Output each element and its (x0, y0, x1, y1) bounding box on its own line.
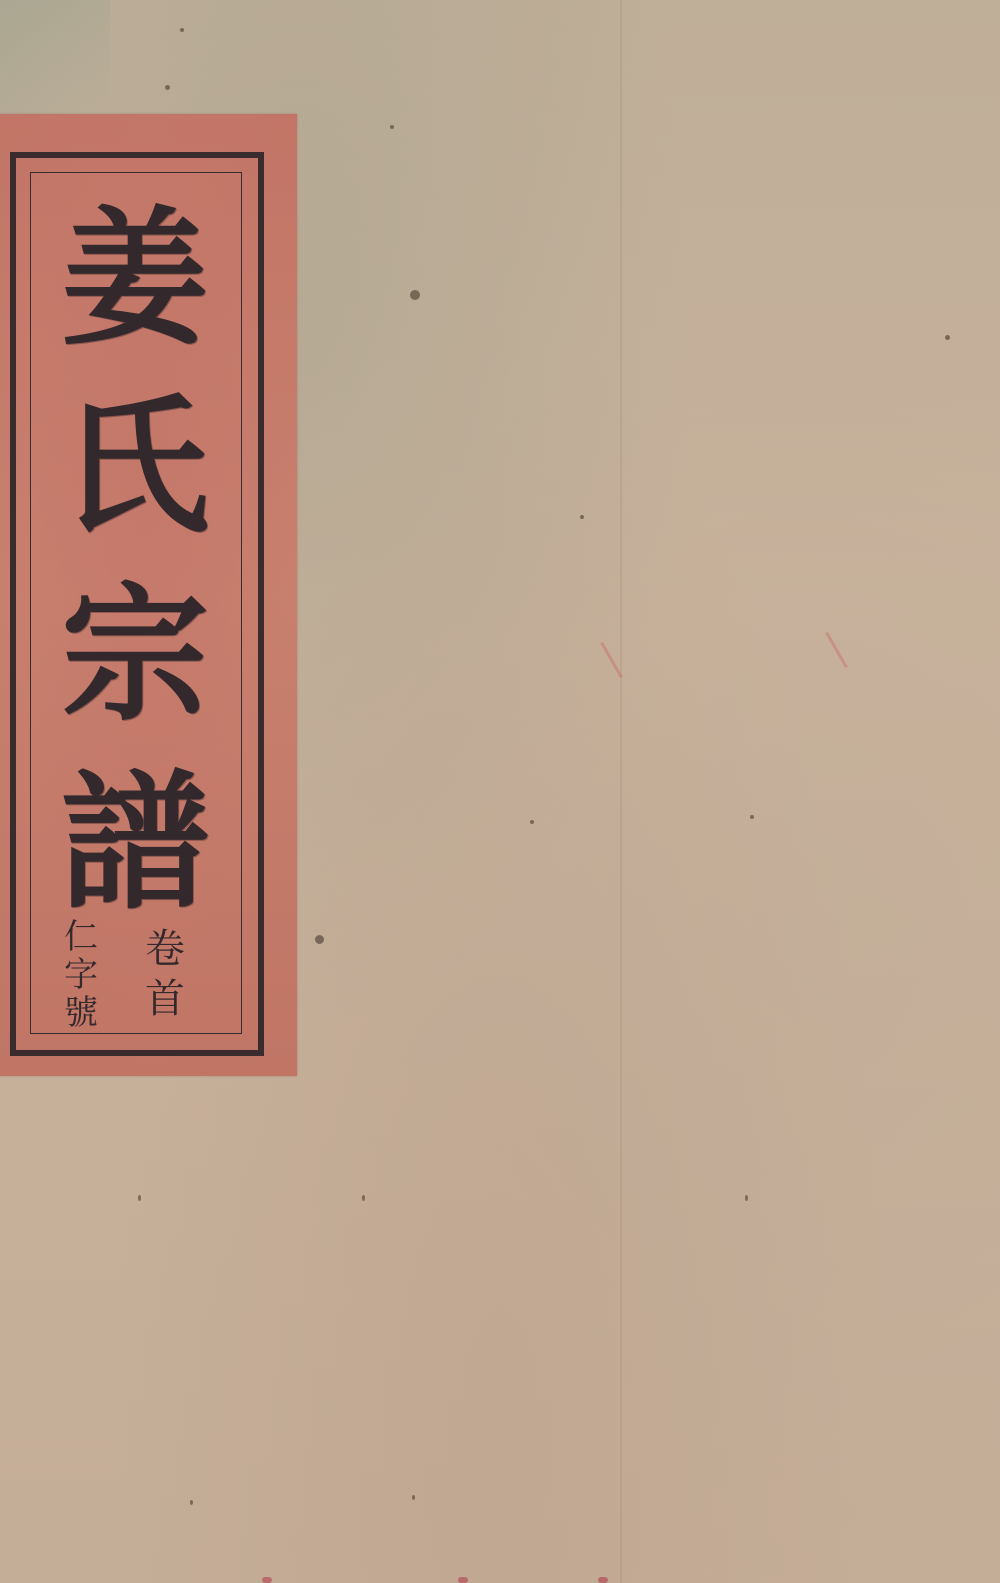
red-stain (262, 1577, 272, 1583)
red-stain (825, 632, 848, 668)
series-char: 字 (64, 956, 98, 994)
paper-speck (580, 515, 584, 519)
series-char: 號 (64, 994, 98, 1032)
paper-speck (530, 820, 534, 824)
paper-speck (412, 1495, 415, 1500)
cover-wear (0, 0, 110, 115)
title-label: 姜 氏 宗 譜 卷 首 仁 字 號 (0, 114, 297, 1076)
title-char: 譜 (61, 748, 209, 936)
paper-speck (362, 1195, 365, 1201)
title-char: 宗 (61, 560, 209, 748)
volume-char: 首 (145, 974, 185, 1024)
series-label: 仁 字 號 (56, 918, 106, 1032)
paper-speck (165, 85, 170, 90)
paper-speck (190, 1500, 193, 1505)
title-char: 姜 (61, 184, 209, 372)
book-title: 姜 氏 宗 譜 (40, 184, 230, 936)
paper-speck (390, 125, 394, 129)
paper-speck (315, 935, 324, 944)
paper-fold (620, 0, 622, 1583)
paper-speck (750, 815, 754, 819)
paper-speck (180, 28, 184, 32)
volume-char: 卷 (145, 924, 185, 974)
red-stain (458, 1577, 468, 1583)
paper-speck (945, 335, 950, 340)
title-char: 氏 (61, 372, 209, 560)
series-char: 仁 (64, 918, 98, 956)
paper-speck (745, 1195, 748, 1201)
volume-label: 卷 首 (140, 924, 190, 1024)
paper-speck (410, 290, 420, 300)
paper-speck (138, 1195, 141, 1201)
red-stain (598, 1577, 608, 1583)
